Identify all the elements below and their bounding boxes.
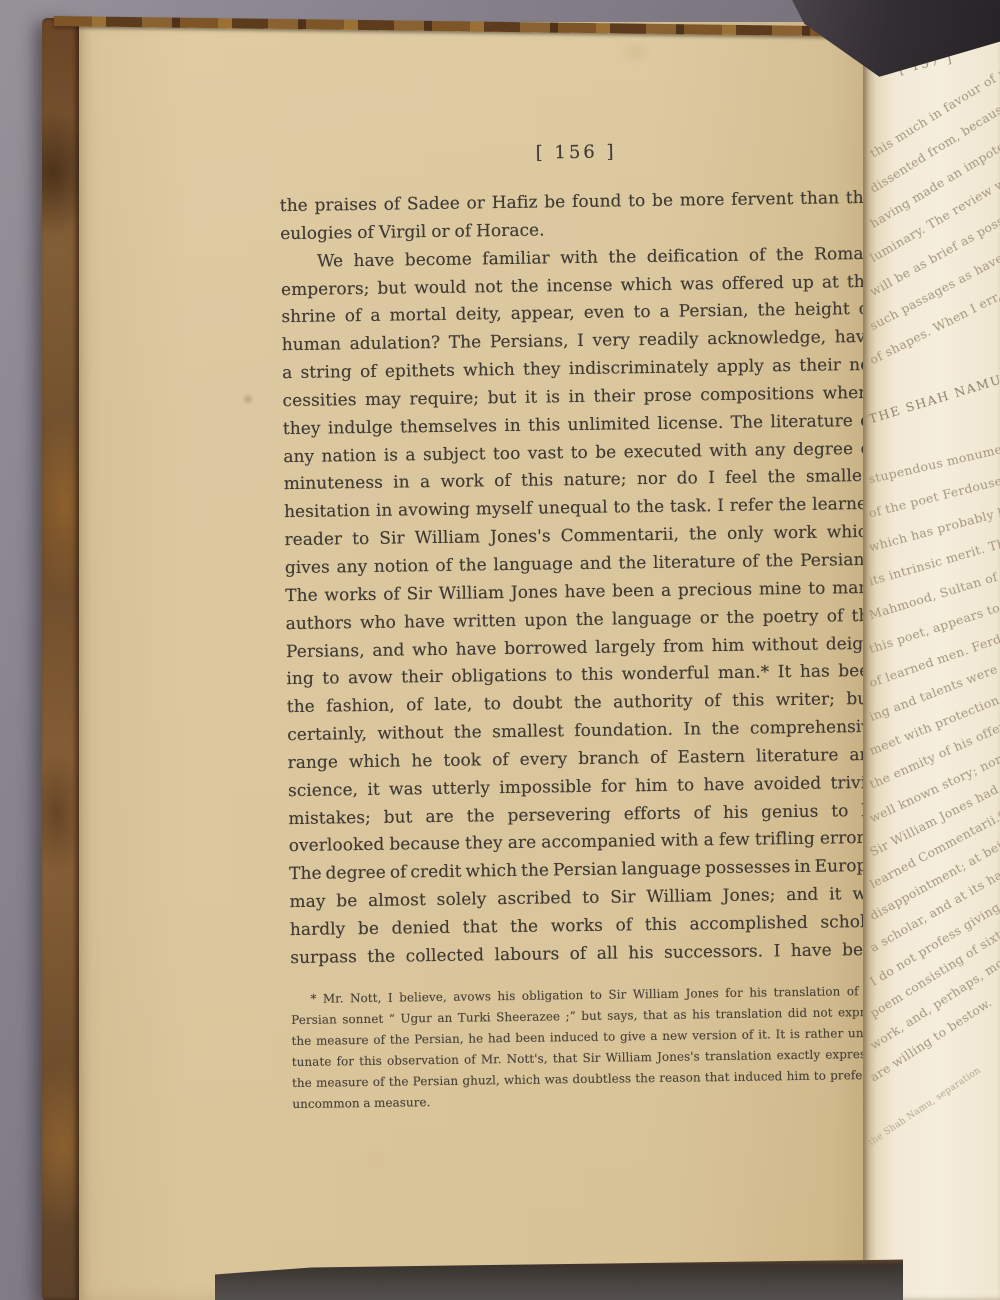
- next-page-text-fragment: THE SHAH NAMU.: [867, 370, 1000, 426]
- page-number: [ 156 ]: [279, 138, 873, 166]
- page-156-text-layer: [ 156 ] thepraisesofSadeeorHafizbefoundt…: [279, 138, 886, 1115]
- leather-binding: [42, 18, 79, 1300]
- page-157-curled-edge: [ 157 ]this much in favour of an authori…: [863, 0, 1000, 1300]
- body-text: thepraisesofSadeeorHafizbefoundtobemoref…: [280, 184, 885, 972]
- footnote: *Mr.Nott,Ibelieve,avowshisobligationtoSi…: [291, 980, 887, 1114]
- book-scan-photo: [ 156 ] thepraisesofSadeeorHafizbefoundt…: [0, 0, 1000, 1300]
- page-156: [ 156 ] thepraisesofSadeeorHafizbefoundt…: [76, 22, 877, 1300]
